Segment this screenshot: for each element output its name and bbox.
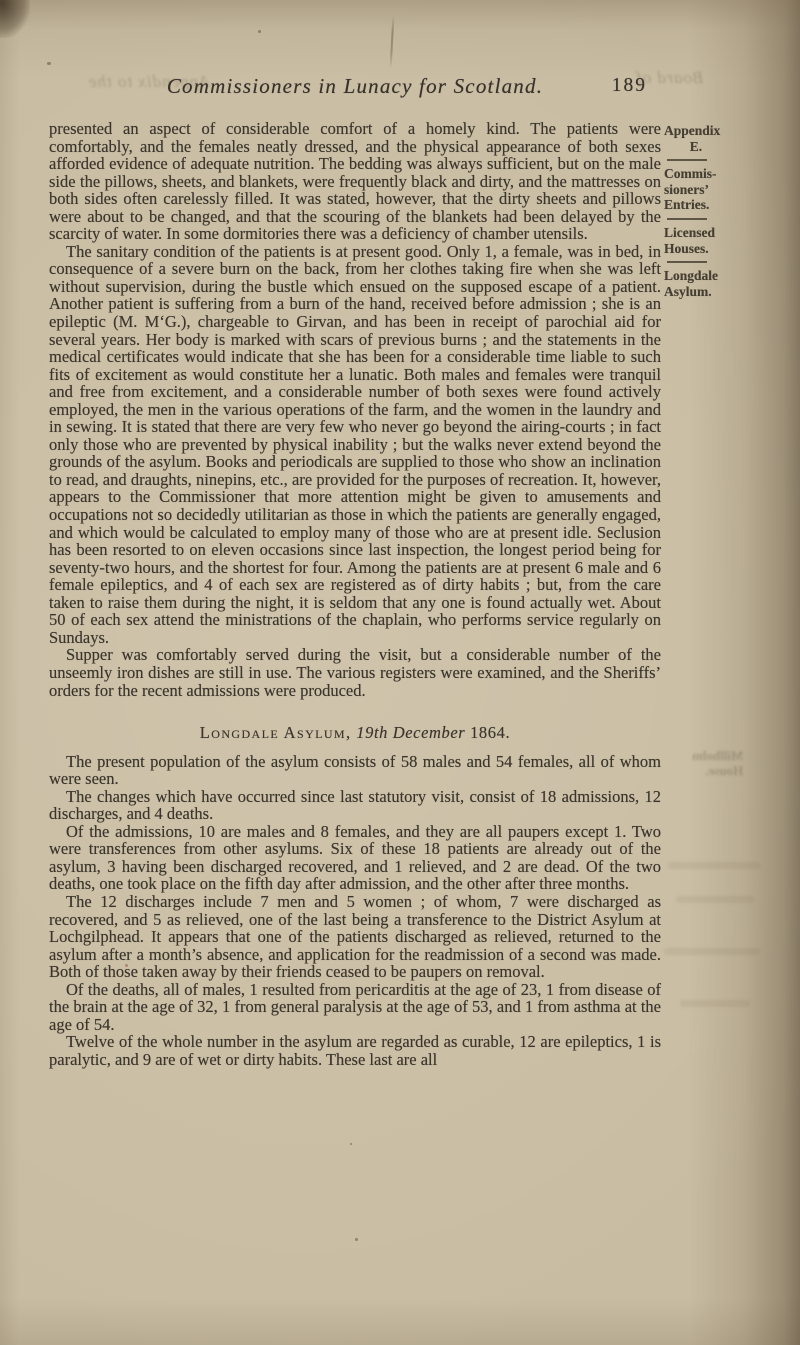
show-through-smudge xyxy=(664,948,760,955)
paper-crease xyxy=(390,16,395,68)
margin-note-line: Entries. xyxy=(664,197,764,213)
section-heading-place: Longdale Asylum, xyxy=(200,723,352,742)
margin-note-appendix: Appendix E. xyxy=(664,123,764,154)
body-paragraph: The 12 discharges include 7 men and 5 wo… xyxy=(49,893,661,981)
paper-speck xyxy=(258,30,261,33)
show-through-smudge xyxy=(668,862,760,869)
margin-note-line: Licensed xyxy=(664,225,764,241)
margin-rule xyxy=(667,218,707,220)
body-paragraph: The changes which have occurred since la… xyxy=(49,788,661,823)
body-paragraph: presented an aspect of considerable comf… xyxy=(49,120,661,243)
margin-note-line: E. xyxy=(664,139,728,155)
paper-speck xyxy=(355,1238,358,1241)
page-corner-stain xyxy=(0,0,30,38)
page-body: presented an aspect of considerable comf… xyxy=(49,120,661,1068)
body-paragraph: Supper was comfortably served during the… xyxy=(49,646,661,699)
margin-note-line: Asylum. xyxy=(664,284,764,300)
section-heading: Longdale Asylum, 19th December 1864. xyxy=(49,724,661,742)
margin-rule xyxy=(667,261,707,263)
margin-note-line: Appendix xyxy=(664,123,764,139)
section-heading-year: 1864. xyxy=(470,723,510,742)
margin-note-longdale-asylum: Longdale Asylum. xyxy=(664,268,764,299)
show-through-smudge xyxy=(680,1000,750,1007)
margin-note-commissioners-entries: Commis- sioners’ Entries. xyxy=(664,166,764,213)
margin-note-line: sioners’ xyxy=(664,182,764,198)
show-through-smudge xyxy=(676,896,754,903)
paper-speck xyxy=(350,1143,352,1145)
scanned-page: Appendix to the Board of Millholm House.… xyxy=(0,0,800,1345)
margin-rule xyxy=(667,159,707,161)
page-number: 189 xyxy=(612,75,647,97)
margin-note-line: Commis- xyxy=(664,166,764,182)
section-heading-date: 19th December xyxy=(356,723,465,742)
margin-note-line: Longdale xyxy=(664,268,764,284)
body-paragraph: Twelve of the whole number in the asylum… xyxy=(49,1033,661,1068)
body-paragraph: The present population of the asylum con… xyxy=(49,753,661,788)
body-paragraph: Of the deaths, all of males, 1 resulted … xyxy=(49,981,661,1034)
body-paragraph: Of the admissions, 10 are males and 8 fe… xyxy=(49,823,661,893)
running-header-title: Commissioners in Lunacy for Scotland. xyxy=(49,74,661,99)
show-through-line: House. xyxy=(692,763,743,778)
margin-note-licensed-houses: Licensed Houses. xyxy=(664,225,764,256)
show-through-line: Millholm xyxy=(692,748,743,763)
margin-note-line: Houses. xyxy=(664,241,764,257)
paper-speck xyxy=(47,62,51,65)
margin-notes-column: Appendix E. Commis- sioners’ Entries. Li… xyxy=(664,123,764,299)
running-header-row: Commissioners in Lunacy for Scotland. 18… xyxy=(49,74,661,104)
show-through-margin-note: Millholm House. xyxy=(692,748,743,778)
body-paragraph: The sanitary condition of the patients i… xyxy=(49,243,661,647)
